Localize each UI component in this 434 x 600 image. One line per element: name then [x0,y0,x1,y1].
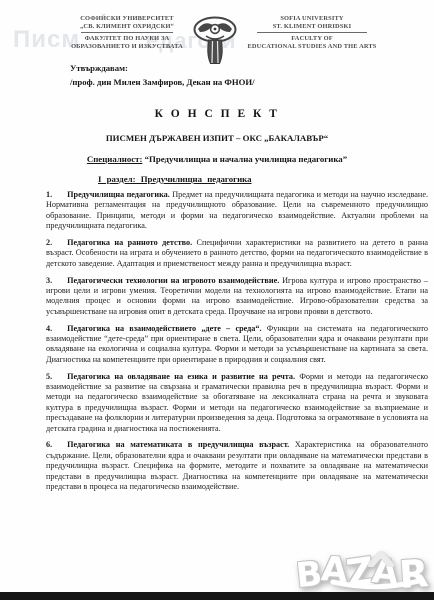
approval-signature-line: /проф. дин Милен Замфиров, Декан на ФНОИ… [70,76,255,90]
letterhead: СОФИЙСКИ УНИВЕРСИТЕТ „СВ. КЛИМЕНТ ОХРИДС… [71,15,377,66]
topic-item: 1.Предучилищна педагогика. Предмет на пр… [46,190,428,232]
topic-lead: Педагогика на овладяване на езика и разв… [67,372,295,381]
topic-lead: Педагогика на взаимодействието „дете – с… [67,324,261,333]
section-label: I раздел: [98,174,136,184]
bazar-store-watermark: B A Z A R [296,552,429,590]
letterhead-en-line4: EDUCATIONAL STUDIES AND THE ARTS [247,43,377,51]
topic-lead: Педагогика на ранното детство. [67,238,192,247]
topics-list: 1.Предучилищна педагогика. Предмет на пр… [46,190,428,499]
document-page: Писм едагоги СОФИЙСКИ УНИВЕРСИТЕТ „СВ. К… [0,0,434,600]
specialty-label: Специалност: [87,154,143,164]
letterhead-divider [81,32,173,33]
topic-item: 3.Педагогически технологии на игровото в… [46,276,428,318]
document-title: К О Н С П Е К Т [0,108,434,120]
university-seal-icon [192,16,238,66]
topic-item: 4.Педагогика на взаимодействието „дете –… [46,324,428,366]
topic-lead: Педагогика на математиката в предучилищн… [67,440,289,449]
topic-number: 5. [46,372,67,381]
section-heading: I раздел: Предучилищна педагогика [98,174,252,184]
topic-item: 5.Педагогика на овладяване на езика и ра… [46,372,428,435]
exam-subtitle: ПИСМЕН ДЪРЖАВЕН ИЗПИТ – ОКС „БАКАЛАВЪР“ [0,133,434,143]
section-title: Предучилищна педагогика [136,174,252,184]
letterhead-en-line2: ST. KLIMENT OHRIDSKI [247,23,377,31]
letterhead-bg-line3: ФАКУЛТЕТ ПО НАУКИ ЗА [71,35,183,43]
topic-number: 4. [46,324,67,333]
photo-bottom-bar [0,592,434,600]
letterhead-en-line3: FACULTY OF [247,35,377,43]
topic-lead: Педагогически технологии на игровото вза… [67,276,279,285]
specialty-value: “Предучилищна и начална училищна педагог… [142,154,347,164]
letterhead-bg-line4: ОБРАЗОВАНИЕТО И ИЗКУСТВАТА [71,43,183,51]
approval-label: Утвърждавам: [70,62,255,76]
letterhead-bg-line1: СОФИЙСКИ УНИВЕРСИТЕТ [71,15,183,23]
topic-lead: Предучилищна педагогика. [67,190,170,199]
topic-item: 2.Педагогика на ранното детство. Специфи… [46,238,428,269]
specialty-line: Специалност: “Предучилищна и начална учи… [0,154,434,164]
topic-number: 2. [46,238,67,247]
letterhead-bulgarian: СОФИЙСКИ УНИВЕРСИТЕТ „СВ. КЛИМЕНТ ОХРИДС… [71,15,183,51]
letterhead-divider [257,32,367,33]
approval-block: Утвърждавам: /проф. дин Милен Замфиров, … [70,62,255,89]
topic-number: 3. [46,276,67,285]
topic-number: 1. [46,190,67,199]
letterhead-en-line1: SOFIA UNIVERSITY [247,15,377,23]
topic-item: 6.Педагогика на математиката в предучили… [46,440,428,492]
letterhead-english: SOFIA UNIVERSITY ST. KLIMENT OHRIDSKI FA… [247,15,377,51]
topic-number: 6. [46,440,67,449]
letterhead-bg-line2: „СВ. КЛИМЕНТ ОХРИДСКИ“ [71,23,183,31]
